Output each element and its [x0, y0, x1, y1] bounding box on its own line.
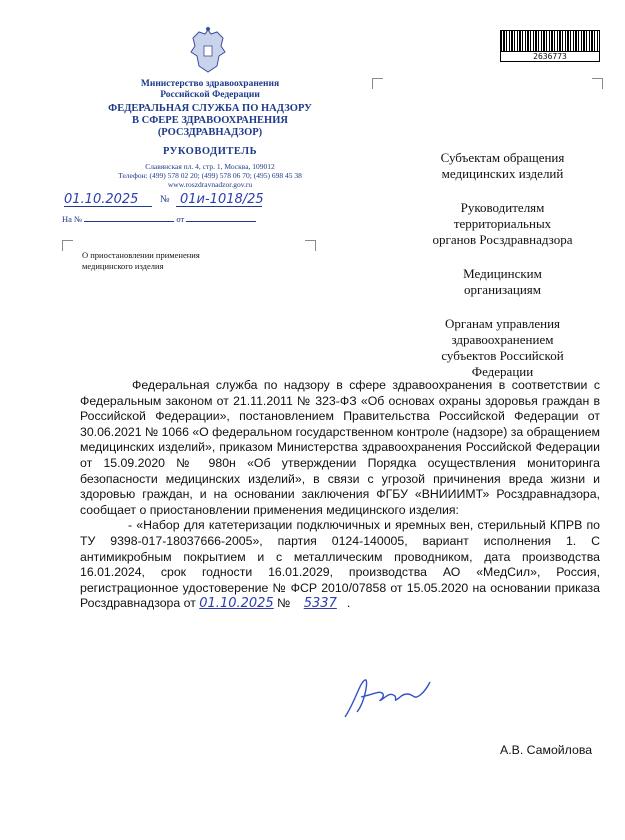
barcode-bars	[500, 30, 600, 52]
position-title: РУКОВОДИТЕЛЬ	[100, 146, 320, 157]
device-item: - «Набор для катетеризации подключичных …	[80, 518, 600, 612]
order-date: 01.10.2025	[199, 596, 273, 611]
body-paragraph: Федеральная служба по надзору в сфере зд…	[80, 378, 600, 518]
reference-label: На №	[62, 214, 82, 224]
ministry-line: Министерство здравоохранения	[100, 79, 320, 90]
number-label: №	[160, 194, 170, 205]
addressee-block: Руководителям территориальных органов Ро…	[405, 200, 600, 248]
addressee-block: Органам управления здравоохранением субъ…	[405, 316, 600, 380]
contact-address: Славянская пл. 4, стр. 1, Москва, 109012…	[70, 162, 350, 189]
subject: О приостановлении применения медицинског…	[82, 250, 282, 271]
service-line: ФЕДЕРАЛЬНАЯ СЛУЖБА ПО НАДЗОРУ	[95, 103, 325, 115]
corner-mark	[592, 78, 603, 89]
addressee-line: Субъектам обращения	[405, 150, 600, 166]
letter-body: Федеральная служба по надзору в сфере зд…	[80, 378, 600, 612]
addressee-line: субъектов Российской	[405, 348, 600, 364]
subject-line: медицинского изделия	[82, 261, 282, 272]
signatory-name: А.В. Самойлова	[500, 743, 592, 757]
addressee-line: Медицинским	[405, 266, 600, 282]
website-line: www.roszdravnadzor.gov.ru	[70, 180, 350, 189]
order-number: 5337	[294, 596, 347, 611]
handwritten-signature-icon	[335, 672, 455, 722]
service-line: (РОСЗДРАВНАДЗОР)	[95, 127, 325, 139]
addressee-block: Субъектам обращения медицинских изделий	[405, 150, 600, 182]
corner-mark	[305, 240, 316, 251]
barcode-number: 2636773	[500, 52, 600, 62]
addressee-line: органов Росздравнадзора	[405, 232, 600, 248]
reference-from-label: от	[176, 214, 184, 224]
corner-mark	[62, 240, 73, 251]
service-line: В СФЕРЕ ЗДРАВООХРАНЕНИЯ	[95, 115, 325, 127]
registration-line: 01.10.2025 № 01и-1018/25	[62, 190, 362, 212]
barcode: 2636773	[500, 30, 600, 62]
addressee-line: организациям	[405, 282, 600, 298]
subject-line: О приостановлении применения	[82, 250, 282, 261]
addressee-line: Руководителям	[405, 200, 600, 216]
ministry-line: Российской Федерации	[100, 90, 320, 101]
addressee-line: Органам управления	[405, 316, 600, 332]
address-line: Славянская пл. 4, стр. 1, Москва, 109012	[70, 162, 350, 171]
phone-line: Телефон: (499) 578 02 20; (499) 578 06 7…	[70, 171, 350, 180]
coat-of-arms-icon	[187, 26, 229, 76]
order-number-label: №	[277, 596, 290, 610]
addressee-block: Медицинским организациям	[405, 266, 600, 298]
addressee-line: здравоохранением	[405, 332, 600, 348]
ministry-name: Министерство здравоохранения Российской …	[100, 79, 320, 101]
addressees: Субъектам обращения медицинских изделий …	[405, 150, 600, 398]
addressee-line: медицинских изделий	[405, 166, 600, 182]
service-name: ФЕДЕРАЛЬНАЯ СЛУЖБА ПО НАДЗОРУ В СФЕРЕ ЗД…	[95, 103, 325, 139]
registration-date: 01.10.2025	[64, 192, 138, 207]
reference-line: На № от	[62, 214, 322, 224]
addressee-line: территориальных	[405, 216, 600, 232]
corner-mark	[372, 78, 383, 89]
registration-number: 01и-1018/25	[180, 192, 264, 207]
